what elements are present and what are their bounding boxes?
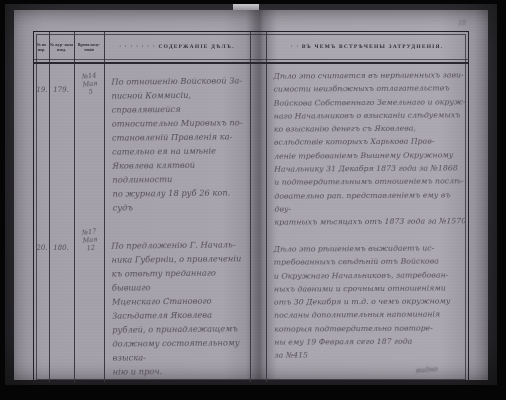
- register-table: № по пор. № жур- нала вход. Время полу- …: [33, 31, 469, 383]
- photograph-area: 18 № по пор. № жур- нала вход. Время пол…: [5, 4, 497, 385]
- header-col-order: № по пор.: [34, 32, 49, 62]
- entry1-date: №14 Мая 5: [74, 70, 106, 97]
- scanned-ledger-screenshot: 18 № по пор. № жур- нала вход. Время пол…: [0, 0, 506, 400]
- entry2-date: №17 Мая 12: [74, 226, 106, 253]
- entry1-journal-no: 179.: [53, 86, 69, 94]
- rule-right-page-edge: [266, 32, 267, 382]
- header-right-title: · · ВЪ ЧЕМЪ ВСТРѢЧЕНЫ ЗАТРУДНЕНІЯ.: [266, 32, 468, 62]
- entry1-resolution: Дѣло это считается въ нерѣшенныхъ зави- …: [273, 68, 466, 229]
- rule-col-order: [49, 32, 50, 382]
- entry1-content: По отношенію Войсковой За- писной Коммис…: [111, 73, 246, 214]
- header-left-title: · · · · · · · СОДЕРЖАНІЕ ДѢЛЪ.: [104, 32, 250, 62]
- entry2-journal-no: 180.: [53, 244, 69, 252]
- catchword-note: видно: [416, 365, 438, 375]
- entry2-content: По предложенію Г. Началь- ника Губерніи,…: [111, 237, 246, 378]
- entry2-resolution: Дѣло это рѣшеніемъ выжидаетъ ис- требова…: [274, 241, 467, 362]
- entry2-order-no: 20.: [34, 244, 50, 252]
- ledger-page-spread: 18 № по пор. № жур- нала вход. Время пол…: [14, 10, 488, 380]
- page-number: 18: [458, 18, 466, 27]
- header-col-received: Время полу- ченія: [74, 32, 104, 62]
- header-col-journal: № жур- нала вход.: [49, 32, 74, 62]
- entry1-order-no: 19.: [34, 86, 50, 94]
- rule-left-page-edge: [250, 32, 251, 382]
- table-header-row: № по пор. № жур- нала вход. Время полу- …: [34, 32, 468, 64]
